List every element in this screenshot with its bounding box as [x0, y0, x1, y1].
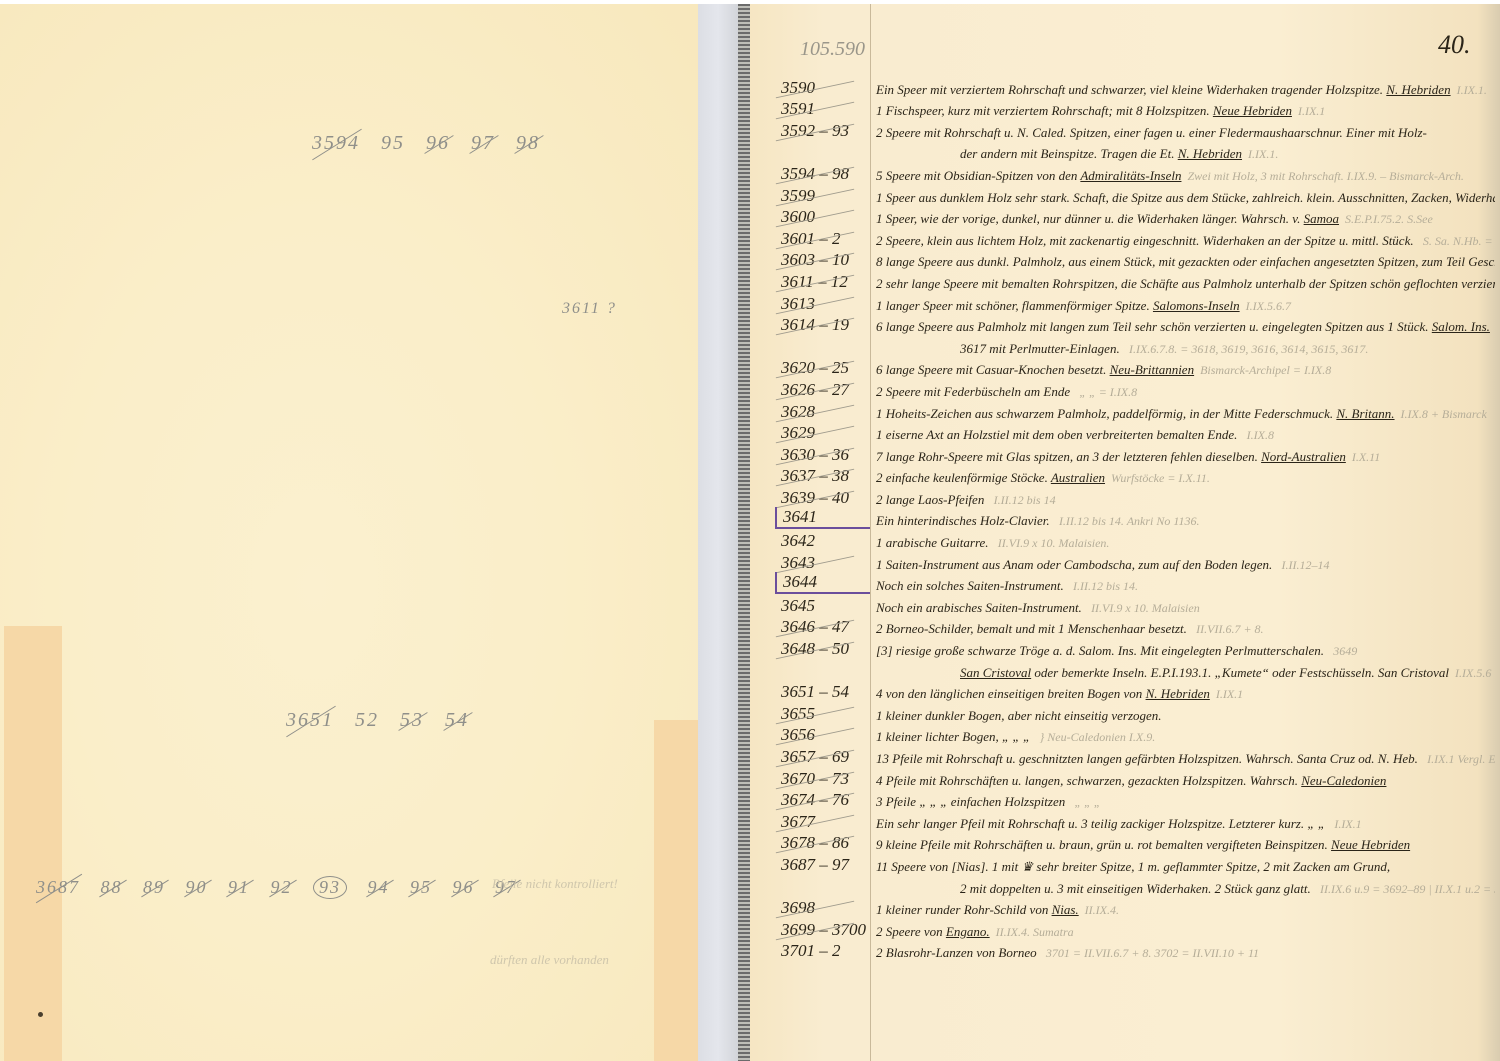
pencil-note-3651: 3651 52 53 54: [286, 709, 483, 732]
entry-description: 1 eiserne Axt an Holzstiel mit dem oben …: [870, 427, 1495, 443]
entry-description: 4 von den länglichen einseitigen breiten…: [870, 686, 1495, 702]
entry-number: 3648 – 50: [775, 639, 870, 659]
entry-description: 2 Speere von Engano.II.IX.4. Sumatra: [870, 924, 1495, 940]
entry-number: 3670 – 73: [775, 769, 870, 789]
entry-description: 1 kleiner lichter Bogen, „ „ „ } Neu-Cal…: [870, 729, 1495, 745]
entry-row: 3626 – 272 Speere mit Federbüscheln am E…: [775, 378, 1495, 400]
entry-number: 3639 – 40: [775, 488, 870, 508]
entry-description: 5 Speere mit Obsidian-Spitzen von den Ad…: [870, 168, 1495, 184]
entry-number: 3620 – 25: [775, 358, 870, 378]
entry-description: 6 lange Speere aus Palmholz mit langen z…: [870, 319, 1495, 335]
pencil-note-3611: 3611 ?: [562, 300, 617, 318]
entry-number: 3656: [775, 725, 870, 745]
page-number: 40.: [1438, 30, 1471, 60]
entry-row: 3611 – 122 sehr lange Speere mit bemalte…: [775, 270, 1495, 292]
entry-row: 36561 kleiner lichter Bogen, „ „ „ } Neu…: [775, 724, 1495, 746]
entry-description: 2 Speere mit Federbüscheln am Ende „ „ =…: [870, 384, 1495, 400]
entry-row: 3590Ein Speer mit verziertem Rohrschaft …: [775, 76, 1495, 98]
entry-row: 36281 Hoheits-Zeichen aus schwarzem Palm…: [775, 400, 1495, 422]
entry-number: 3613: [775, 294, 870, 314]
entry-description: 2 Borneo-Schilder, bemalt und mit 1 Mens…: [870, 621, 1495, 637]
entry-description: 8 lange Speere aus dunkl. Palmholz, aus …: [870, 254, 1495, 270]
inventory-entries: 3590Ein Speer mit verziertem Rohrschaft …: [775, 76, 1495, 961]
entry-description: 1 kleiner dunkler Bogen, aber nicht eins…: [870, 708, 1495, 724]
entry-row: 3677Ein sehr langer Pfeil mit Rohrschaft…: [775, 810, 1495, 832]
entry-description: 13 Pfeile mit Rohrschaft u. geschnitzten…: [870, 751, 1495, 767]
tape-strip-left: [4, 626, 62, 1061]
entry-row: 3630 – 367 lange Rohr-Speere mit Glas sp…: [775, 443, 1495, 465]
ledger-spread: 3594 95 96 97 98 3611 ? 3651 52 53 54 36…: [0, 0, 1500, 1061]
entry-row: 3614 – 196 lange Speere aus Palmholz mit…: [775, 314, 1495, 336]
entry-row: 3651 – 544 von den länglichen einseitige…: [775, 681, 1495, 703]
entry-number: 3614 – 19: [775, 315, 870, 335]
entry-row: 3592 – 932 Speere mit Rohrschaft u. N. C…: [775, 119, 1495, 141]
entry-row: 36131 langer Speer mit schöner, flammenf…: [775, 292, 1495, 314]
ink-spot: [38, 1012, 43, 1017]
entry-row: 3603 – 108 lange Speere aus dunkl. Palmh…: [775, 249, 1495, 271]
entry-description: 1 kleiner runder Rohr-Schild von Nias.II…: [870, 902, 1495, 918]
entry-number: 3630 – 36: [775, 445, 870, 465]
entry-number: 3626 – 27: [775, 380, 870, 400]
entry-description: 2 Speere, klein aus lichtem Holz, mit za…: [870, 233, 1495, 249]
tape-strip-right: [654, 720, 698, 1061]
entry-row: 3639 – 402 lange Laos-Pfeifen I.II.12 bi…: [775, 486, 1495, 508]
binding-stitching: [738, 4, 750, 1061]
entry-row: 3657 – 6913 Pfeile mit Rohrschaft u. ges…: [775, 745, 1495, 767]
pencil-note-bottom: dürften alle vorhanden: [490, 952, 609, 968]
entry-row: 3594 – 985 Speere mit Obsidian-Spitzen v…: [775, 162, 1495, 184]
entry-description: 2 Speere mit Rohrschaft u. N. Caled. Spi…: [870, 125, 1495, 141]
entry-row: 35991 Speer aus dunklem Holz sehr stark.…: [775, 184, 1495, 206]
entry-row: 3637 – 382 einfache keulenförmige Stöcke…: [775, 465, 1495, 487]
entry-row: 3670 – 734 Pfeile mit Rohrschäften u. la…: [775, 767, 1495, 789]
entry-description: 1 langer Speer mit schöner, flammenförmi…: [870, 298, 1495, 314]
entry-number: 3642: [775, 531, 870, 551]
entry-description: 1 Speer, wie der vorige, dunkel, nur dün…: [870, 211, 1495, 227]
entry-description: Ein Speer mit verziertem Rohrschaft und …: [870, 82, 1495, 98]
entry-description: Noch ein arabisches Saiten-Instrument. I…: [870, 600, 1495, 616]
entry-number: 3611 – 12: [775, 272, 870, 292]
entry-row: 3620 – 256 lange Speere mit Casuar-Knoch…: [775, 357, 1495, 379]
entry-number: 3628: [775, 402, 870, 422]
entry-number: 3678 – 86: [775, 833, 870, 853]
entry-number: 3599: [775, 186, 870, 206]
entry-description: der andern mit Beinspitze. Tragen die Et…: [870, 146, 1495, 162]
entry-number: 3699 – 3700: [775, 920, 870, 940]
entry-number: 3591: [775, 99, 870, 119]
entry-row: 3644Noch ein solches Saiten-Instrument. …: [775, 573, 1495, 595]
entry-row: 3648 – 50[3] riesige große schwarze Trög…: [775, 637, 1495, 659]
entry-row: 3699 – 37002 Speere von Engano.II.IX.4. …: [775, 918, 1495, 940]
entry-row: 3646 – 472 Borneo-Schilder, bemalt und m…: [775, 616, 1495, 638]
entry-description: 2 Blasrohr-Lanzen von Borneo 3701 = II.V…: [870, 945, 1495, 961]
entry-description: Ein hinterindisches Holz-Clavier. I.II.1…: [870, 513, 1495, 529]
entry-description: 6 lange Speere mit Casuar-Knochen besetz…: [870, 362, 1495, 378]
entry-continuation: San Cristoval oder bemerkte Inseln. E.P.…: [775, 659, 1495, 681]
entry-number: 3641: [775, 507, 870, 529]
entry-number: 3698: [775, 898, 870, 918]
entry-number: 3601 – 2: [775, 229, 870, 249]
entry-description: 2 sehr lange Speere mit bemalten Rohrspi…: [870, 276, 1495, 292]
entry-number: 3644: [775, 572, 870, 594]
entry-description: 3 Pfeile „ „ „ einfachen Holzspitzen „ „…: [870, 794, 1495, 810]
entry-row: 36431 Saiten-Instrument aus Anam oder Ca…: [775, 551, 1495, 573]
entry-number: 3677: [775, 812, 870, 832]
entry-row: 36291 eiserne Axt an Holzstiel mit dem o…: [775, 422, 1495, 444]
entry-description: 11 Speere von [Nias]. 1 mit ♛ sehr breit…: [870, 859, 1495, 875]
entry-description: [3] riesige große schwarze Tröge a. d. S…: [870, 643, 1495, 659]
entry-number: 3643: [775, 553, 870, 573]
entry-row: 35911 Fischspeer, kurz mit verziertem Ro…: [775, 98, 1495, 120]
pencil-note-3594: 3594 95 96 97 98: [312, 132, 554, 155]
entry-number: 3629: [775, 423, 870, 443]
book-gutter: [698, 4, 738, 1061]
entry-row: 36001 Speer, wie der vorige, dunkel, nur…: [775, 206, 1495, 228]
entry-row: 3601 – 22 Speere, klein aus lichtem Holz…: [775, 227, 1495, 249]
entry-number: 3657 – 69: [775, 747, 870, 767]
entry-row: 3641Ein hinterindisches Holz-Clavier. I.…: [775, 508, 1495, 530]
entry-row: 3678 – 869 kleine Pfeile mit Rohrschäfte…: [775, 832, 1495, 854]
pencil-note-3687: 3687 88 89 90 91 92 93 94 95 96 97: [36, 876, 531, 899]
entry-description: 7 lange Rohr-Speere mit Glas spitzen, an…: [870, 449, 1495, 465]
entry-continuation: 2 mit doppelten u. 3 mit einseitigen Wid…: [775, 875, 1495, 897]
entry-number: 3637 – 38: [775, 466, 870, 486]
entry-description: 3617 mit Perlmutter-Einlagen. I.IX.6.7.8…: [870, 341, 1495, 357]
entry-number: 3594 – 98: [775, 164, 870, 184]
entry-row: 36551 kleiner dunkler Bogen, aber nicht …: [775, 702, 1495, 724]
entry-number: 3655: [775, 704, 870, 724]
entry-row: 3674 – 763 Pfeile „ „ „ einfachen Holzsp…: [775, 789, 1495, 811]
entry-number: 3687 – 97: [775, 855, 870, 875]
entry-description: 1 Speer aus dunklem Holz sehr stark. Sch…: [870, 190, 1495, 206]
entry-description: San Cristoval oder bemerkte Inseln. E.P.…: [870, 665, 1495, 681]
entry-description: 1 Hoheits-Zeichen aus schwarzem Palmholz…: [870, 406, 1495, 422]
entry-number: 3651 – 54: [775, 682, 870, 702]
entry-description: 9 kleine Pfeile mit Rohrschäften u. brau…: [870, 837, 1495, 853]
entry-row: 3687 – 9711 Speere von [Nias]. 1 mit ♛ s…: [775, 853, 1495, 875]
entry-row: 36981 kleiner runder Rohr-Schild von Nia…: [775, 897, 1495, 919]
entry-number: 3645: [775, 596, 870, 616]
entry-row: 3645Noch ein arabisches Saiten-Instrumen…: [775, 594, 1495, 616]
entry-description: Ein sehr langer Pfeil mit Rohrschaft u. …: [870, 816, 1495, 832]
entry-number: 3701 – 2: [775, 941, 870, 961]
entry-description: 1 arabische Guitarre. II.VI.9 x 10. Mala…: [870, 535, 1495, 551]
circled-number: 93: [313, 876, 347, 899]
entry-number: 3592 – 93: [775, 121, 870, 141]
entry-description: 2 einfache keulenförmige Stöcke. Austral…: [870, 470, 1495, 486]
entry-number: 3603 – 10: [775, 250, 870, 270]
entry-description: Noch ein solches Saiten-Instrument. I.II…: [870, 578, 1495, 594]
entry-description: 1 Fischspeer, kurz mit verziertem Rohrsc…: [870, 103, 1495, 119]
entry-description: 4 Pfeile mit Rohrschäften u. langen, sch…: [870, 773, 1495, 789]
entry-number: 3674 – 76: [775, 790, 870, 810]
entry-description: 1 Saiten-Instrument aus Anam oder Cambod…: [870, 557, 1495, 573]
entry-number: 3590: [775, 78, 870, 98]
entry-row: 3701 – 22 Blasrohr-Lanzen von Borneo 370…: [775, 940, 1495, 962]
pencil-note-pfeile: Pfeile nicht kontrolliert!: [492, 876, 618, 892]
entry-row: 36421 arabische Guitarre. II.VI.9 x 10. …: [775, 529, 1495, 551]
left-page: 3594 95 96 97 98 3611 ? 3651 52 53 54 36…: [0, 4, 698, 1061]
entry-number: 3646 – 47: [775, 617, 870, 637]
entry-description: 2 lange Laos-Pfeifen I.II.12 bis 14: [870, 492, 1495, 508]
entry-number: 3600: [775, 207, 870, 227]
entry-continuation: 3617 mit Perlmutter-Einlagen. I.IX.6.7.8…: [775, 335, 1495, 357]
reference-number: 105.590: [800, 38, 865, 61]
entry-continuation: der andern mit Beinspitze. Tragen die Et…: [775, 141, 1495, 163]
entry-description: 2 mit doppelten u. 3 mit einseitigen Wid…: [870, 881, 1495, 897]
